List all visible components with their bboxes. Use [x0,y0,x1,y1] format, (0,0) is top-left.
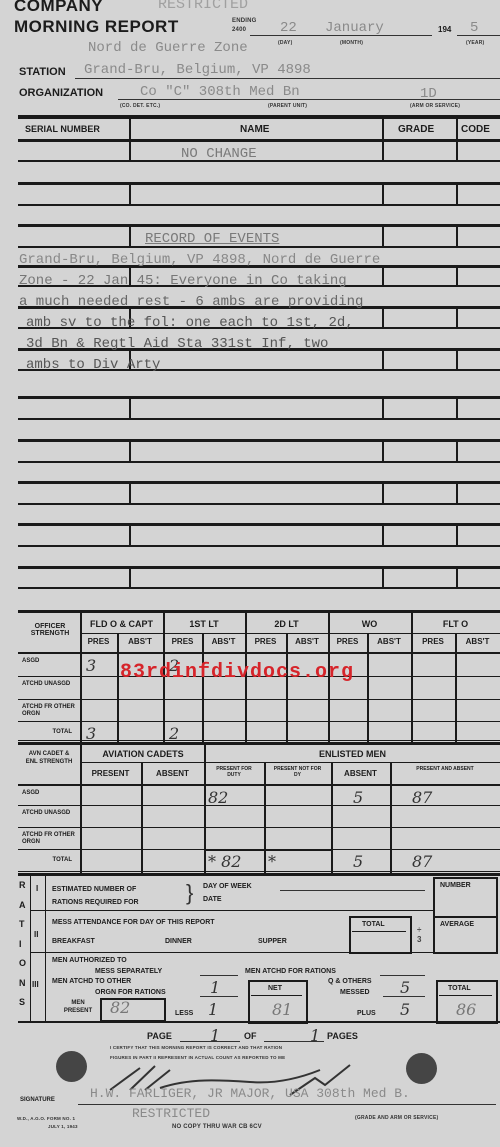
roster-column-divider [129,396,131,418]
net-label: NET [268,985,282,992]
roster-rule [18,587,500,589]
day-of-week-label: DAY OF WEEK [203,883,252,890]
dinner-label: DINNER [165,938,192,945]
punch-hole-right [406,1053,437,1084]
aviation-cadets-header: AVIATION CADETS [84,749,202,759]
officer-grid-divider [117,633,119,742]
roster-rule [18,566,500,569]
roster-column-divider [382,523,384,545]
copy-note: NO COPY THRU WAR CB 6CV [172,1124,262,1130]
roster-column-divider [382,306,384,327]
plus-label: PLUS [357,1010,376,1017]
rations-total-label: TOTAL [448,985,471,992]
page-label: PAGE [147,1031,172,1041]
roster-column-divider [129,566,131,587]
enlisted-men-header: ENLISTED MEN [205,749,500,759]
year-prefix: 194 [438,25,451,34]
roster-column-divider [456,139,458,160]
roster-rule [18,396,500,399]
mess-attendance-label: MESS ATTENDANCE FOR DAY OF THIS REPORT [52,919,215,926]
men-authorized-line1: MEN AUTHORIZED TO [52,957,127,964]
record-line-1: Grand-Bru, Belgium, VP 4898, Nord de Gue… [19,252,380,268]
total-present-box [204,849,333,875]
officer-row-label: ATCHD FR OTHER ORGN [22,704,78,718]
restricted-stamp-bottom: RESTRICTED [132,1106,210,1121]
enlisted-row-label: TOTAL [22,857,72,864]
officer-group-header: FLT O [411,619,500,629]
enlisted-subcol-header: PRESENT [80,769,141,778]
officer-group-header: FLD O & CAPT [80,619,163,629]
men-atchd-other-value: 1 [210,978,220,997]
report-year-suffix: 5 [470,20,478,36]
men-atchd-other-line1: MEN ATCHD TO OTHER [52,978,131,985]
year-caption: (YEAR) [466,40,484,46]
net-value: 81 [272,1000,292,1019]
officer-subcol-header: PRES [245,637,286,646]
enlisted-row-label: ATCHD UNASGD [22,810,78,817]
time-label: 2400 [232,27,246,33]
enlisted-row-label: ATCHD FR OTHER ORGN [22,832,78,846]
zone-line: Nord de Guerre Zone [88,40,248,56]
officer-grid-divider [367,633,369,742]
roster-column-divider [382,439,384,461]
rations-side-letter: I [19,939,22,949]
roster-column-divider [382,348,384,369]
roster-column-divider [456,439,458,461]
q-others-line1: Q & OTHERS [328,978,372,985]
restricted-stamp: RESTRICTED [158,0,248,13]
roster-rule [18,204,500,206]
roster-column-divider [456,224,458,246]
officer-subcol-header: ABS'T [367,637,411,646]
roster-column-divider [456,306,458,327]
roster-column-divider [456,265,458,285]
roster-column-divider [382,224,384,246]
day-caption: (DAY) [278,40,292,46]
report-day: 22 [280,20,297,36]
roster-rule [18,461,500,463]
officer-subcol-header: ABS'T [286,637,328,646]
roster-rule [18,224,500,227]
roster-column-divider [129,439,131,461]
rations-side-letter: T [19,919,25,929]
estimated-line-2: RATIONS REQUIRED FOR [52,896,139,909]
section-ii-label: II [34,930,38,939]
date-label: DATE [203,896,222,903]
men-atchd-rations-label: MEN ATCHD FOR RATIONS [245,968,336,975]
form-title-morning-report: MORNING REPORT [14,17,179,37]
rations-side-letter: N [19,978,26,988]
officer-subcol-header: PRES [328,637,367,646]
rations-side-letter: O [19,958,26,968]
men-authorized-line2: MESS SEPARATELY [95,968,162,975]
officer-grid-divider [202,633,204,742]
organization-label: ORGANIZATION [19,87,103,99]
rations-side-letter: S [19,997,25,1007]
page-total: 1 [310,1026,320,1045]
men-atchd-other-line2: ORGN FOR RATIONS [95,989,166,996]
section-iii-label: III [32,980,39,989]
col-name: NAME [240,124,269,135]
plus-value: 5 [400,1000,410,1019]
officer-grid-divider [286,633,288,742]
roster-column-divider [456,182,458,204]
roster-rule [18,139,500,142]
record-line-6: ambs to Div Arty [26,357,160,373]
less-label: LESS [175,1010,193,1017]
enlisted-grid-divider [141,763,143,873]
average-label: AVERAGE [440,921,474,928]
enlisted-strength-title: AVN CADET & ENL STRENGTH [22,750,76,766]
station-label: STATION [19,66,66,78]
roster-column-divider [382,182,384,204]
enlisted-cell[interactable]: 5 [353,852,403,871]
roster-rule [18,439,500,442]
parent-caption: (PARENT UNIT) [268,103,307,109]
arm-value: 1D [420,86,437,102]
q-others-line2: MESSED [340,989,370,996]
col-code: CODE [461,124,490,135]
station-value: Grand-Bru, Belgium, VP 4898 [84,62,311,78]
pages-label: PAGES [327,1031,358,1041]
total-label: TOTAL [362,921,385,928]
brace: } [186,882,193,904]
record-line-2: Zone - 22 Jan 45: Everyone in Co taking [19,273,347,289]
punch-hole-left [56,1051,87,1082]
roster-rule [18,545,500,547]
breakfast-label: BREAKFAST [52,938,95,945]
certify-line-1: I CERTIFY THAT THIS MORNING REPORT IS CO… [110,1045,282,1050]
officer-strength-title: OFFICER STRENGTH [24,623,76,637]
rations-total-value: 86 [456,1000,476,1019]
enlisted-subcol-header: ABSENT [331,769,390,778]
roster-column-divider [456,566,458,587]
officer-subcol-header: PRES [411,637,455,646]
roster-rule [18,418,500,420]
enlisted-subcol-header: ABSENT [141,769,204,778]
officer-row-label: TOTAL [22,729,72,736]
roster-column-divider [382,139,384,160]
month-caption: (MONTH) [340,40,363,46]
supper-label: SUPPER [258,938,287,945]
enlisted-subcol-header: PRESENT FOR DUTY [204,766,264,778]
officer-group-header: 2D LT [245,619,328,629]
estimated-line-1: ESTIMATED NUMBER OF [52,883,139,896]
officer-subcol-header: ABS'T [455,637,500,646]
morning-report-document: COMPANY MORNING REPORT RESTRICTED ENDING… [0,0,500,1147]
record-of-events-title: RECORD OF EVENTS [145,231,279,247]
men-present-value: 82 [110,998,130,1017]
enlisted-subcol-header: PRESENT NOT FOR DY [264,766,331,778]
officer-row-label: ASGD [22,658,78,665]
officer-subcol-header: ABS'T [202,637,245,646]
enlisted-row-label: ASGD [22,790,78,797]
org-caption: (CO. DET. ETC.) [120,103,160,109]
of-label: OF [244,1031,257,1041]
page-number: 1 [210,1026,220,1045]
roster-column-divider [456,523,458,545]
roster-rule [18,503,500,505]
roster-rule [18,481,500,484]
officer-subcol-header: PRES [80,637,117,646]
signature-label: SIGNATURE [20,1097,55,1104]
officer-group-header: 1ST LT [163,619,245,629]
number-label: NUMBER [440,882,471,889]
rations-side-letter: R [19,880,26,890]
officer-grid-divider [455,633,457,742]
form-number: W.D., A.G.O. FORM NO. 1 [17,1116,75,1121]
roster-rule [18,160,500,162]
q-others-value: 5 [400,978,410,997]
roster-rule [18,523,500,526]
form-date: JULY 1, 1943 [48,1124,78,1129]
ending-label: ENDING [232,18,257,24]
record-line-3: a much needed rest - 6 ambs are providin… [19,294,363,310]
grade-caption: (GRADE AND ARM OR SERVICE) [355,1115,438,1121]
col-grade: GRADE [398,124,434,135]
record-line-4: amb sv to the fol: one each to 1st, 2d, [26,315,354,331]
roster-column-divider [382,396,384,418]
col-serial-number: SERIAL NUMBER [25,124,100,134]
enlisted-group-divider [80,745,82,873]
roster-column-divider [382,566,384,587]
officer-group-header: WO [328,619,411,629]
roster-column-divider [129,139,131,160]
divide-by-three: ÷ 3 [417,925,427,945]
enlisted-cell[interactable]: 87 [412,852,462,871]
officer-row-label: ATCHD UNASGD [22,681,78,688]
report-month: January [325,20,384,36]
roster-column-divider [129,182,131,204]
roster-column-divider [129,523,131,545]
roster-column-divider [456,348,458,369]
officer-subcol-header: ABS'T [117,637,163,646]
less-value: 1 [208,1000,218,1019]
organization-value: Co "C" 308th Med Bn [140,84,300,100]
roster-column-divider [129,224,131,246]
roster-rule [18,182,500,185]
roster-column-divider [456,481,458,503]
watermark: 83rdinfdivdocs.org [120,661,354,684]
roster-column-divider [382,481,384,503]
signer-name: H.W. FARLIGER, JR MAJOR, USA 308th Med B… [90,1086,410,1101]
roster-column-divider [456,396,458,418]
enlisted-subcol-header: PRESENT AND ABSENT [390,766,500,772]
officer-subcol-header: PRES [163,637,202,646]
roster-column-divider [129,481,131,503]
arm-caption: (ARM OR SERVICE) [410,103,460,109]
section-i-label: I [36,884,38,893]
roster-column-divider [382,265,384,285]
men-present-label: MEN PRESENT [58,999,98,1015]
officer-cell[interactable]: 3 [86,656,96,675]
record-line-5: 3d Bn & Regtl Aid Sta 331st Inf, two [26,336,328,352]
rations-side-letter: A [19,900,26,910]
estimated-rations-label: ESTIMATED NUMBER OF RATIONS REQUIRED FOR [52,883,139,909]
form-title-company: COMPANY [14,0,103,16]
